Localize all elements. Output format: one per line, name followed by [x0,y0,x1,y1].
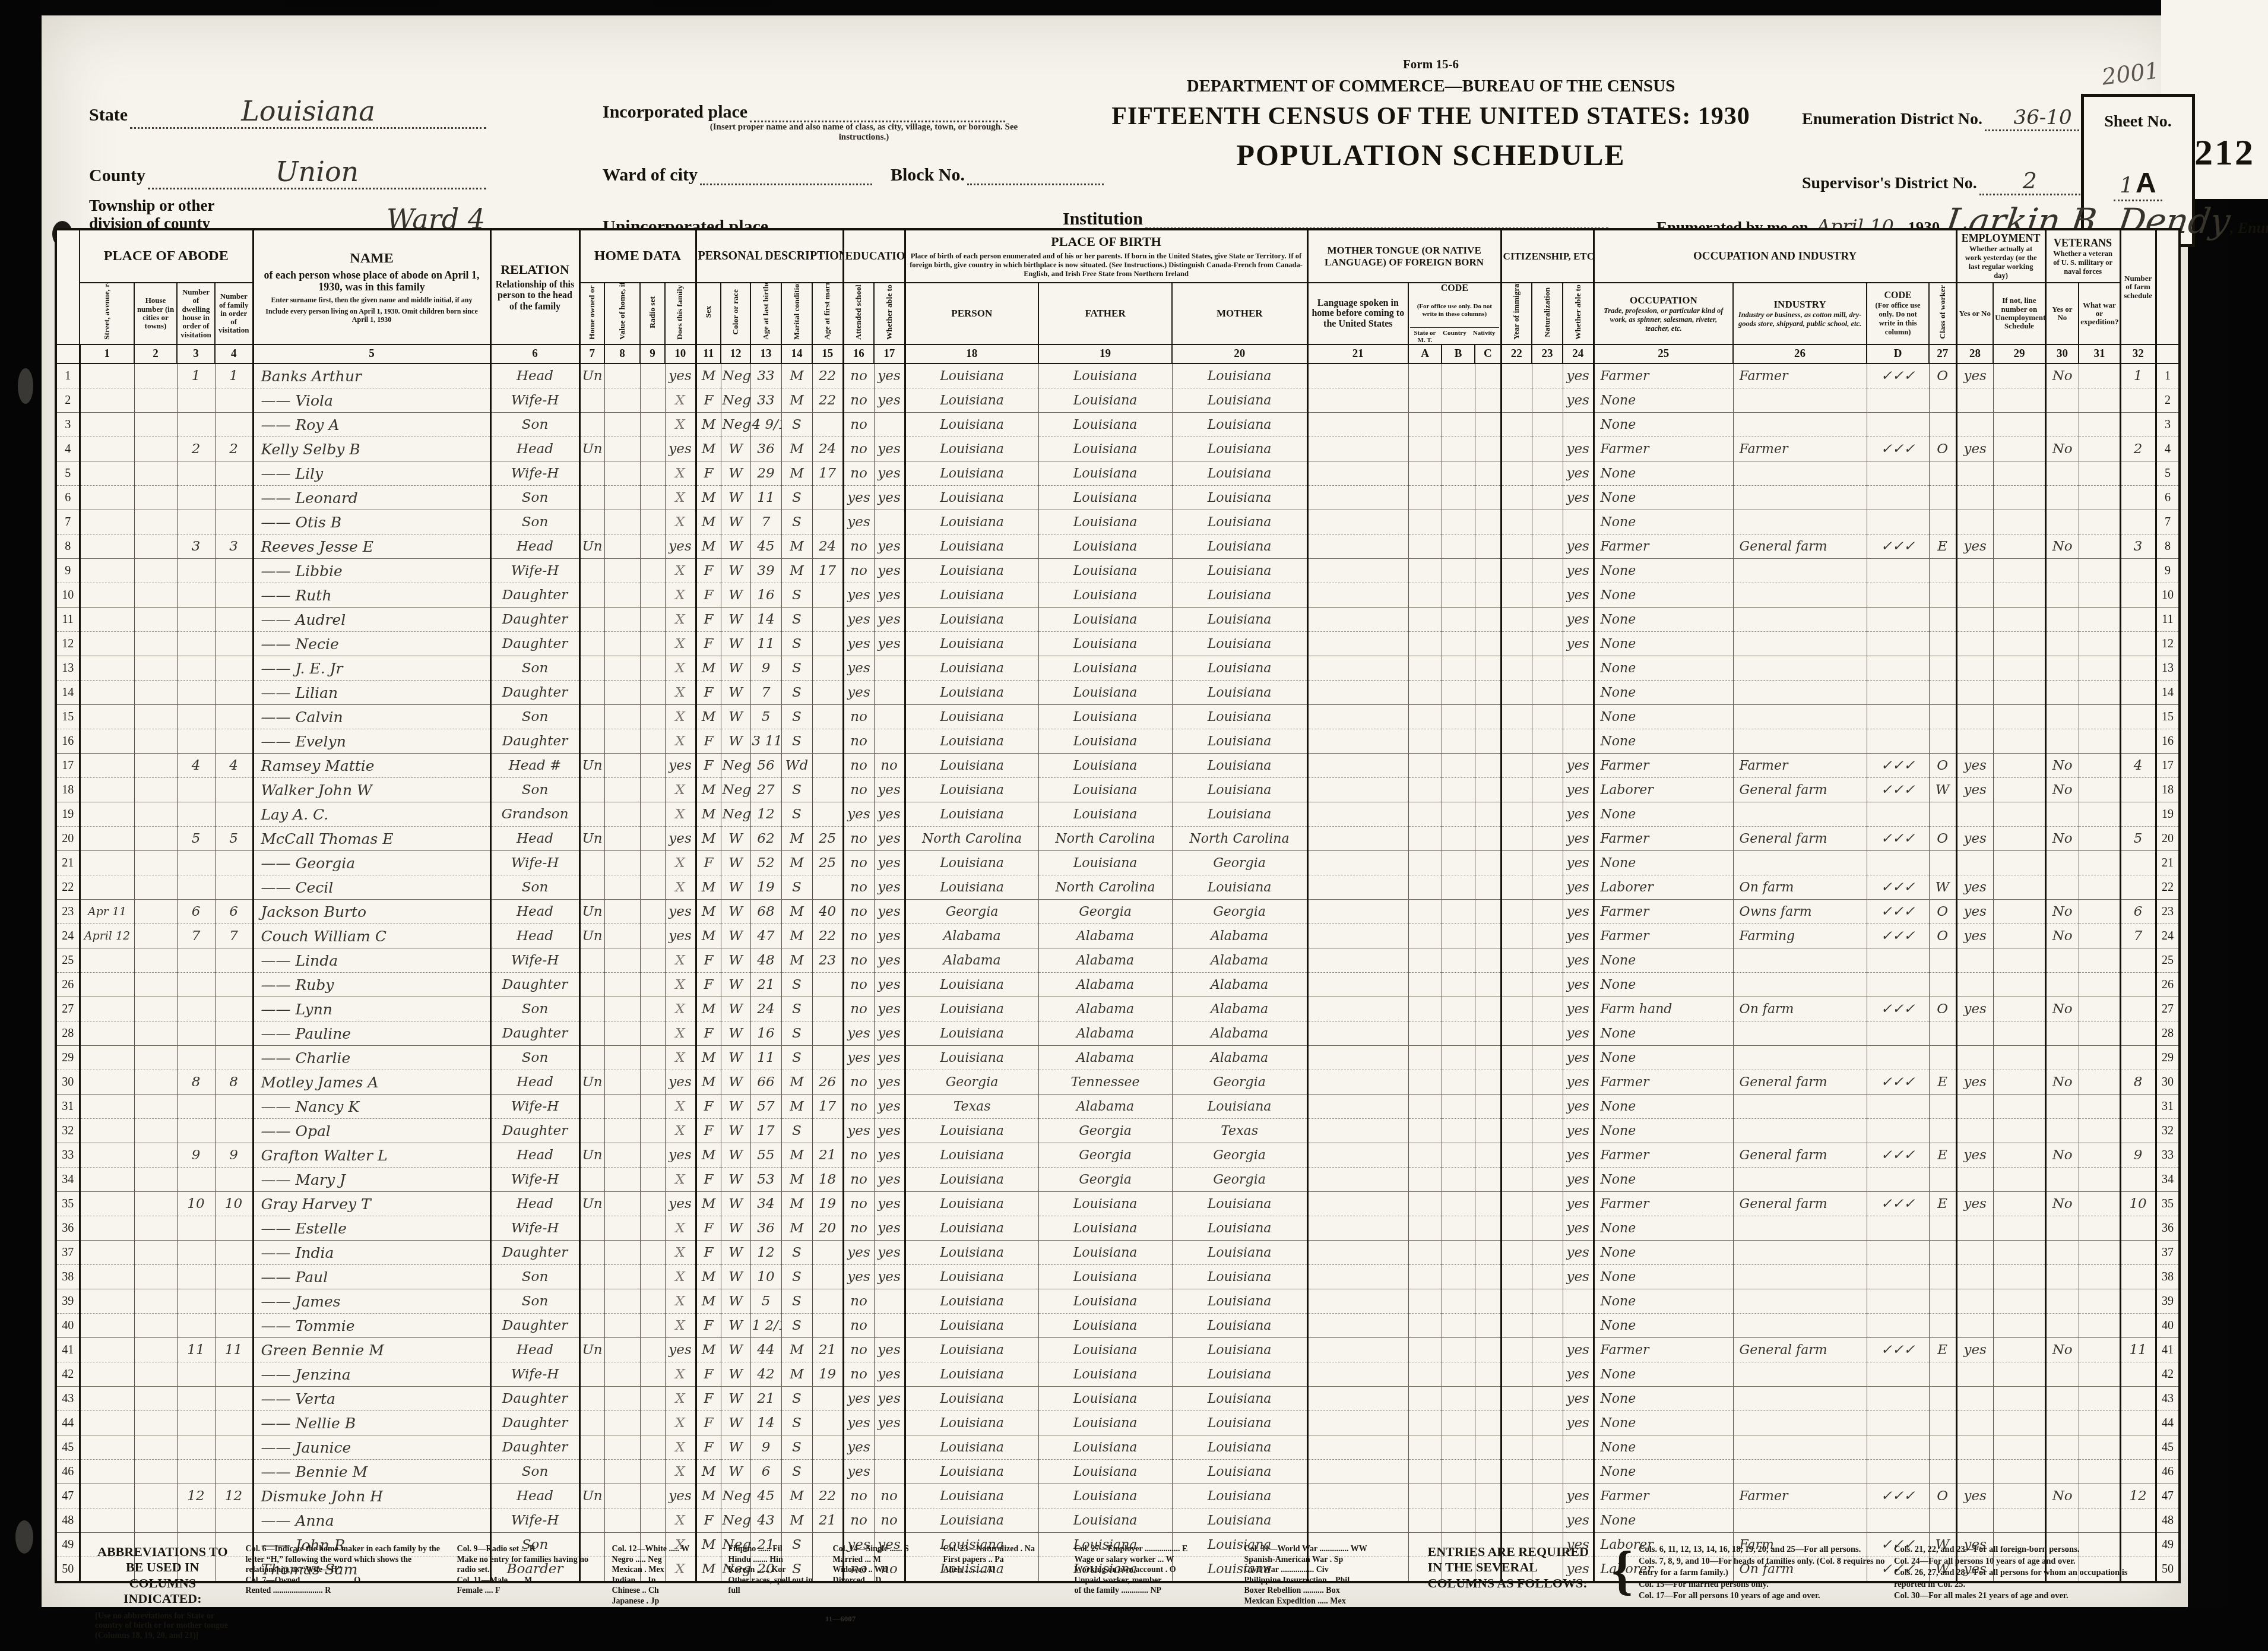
cell-wrk: yes [1956,1070,1993,1095]
cell-fa: 1 [215,363,253,388]
cell-cc [1475,924,1501,948]
cell-ca [1408,1508,1442,1533]
table-row: 28—— PaulineDaughterXFW16SyesyesLouisian… [56,1021,2180,1046]
cell-ca [1408,461,1442,486]
abbrev-line: Indian .... In [612,1576,713,1586]
cell-wrk [1956,1241,1993,1265]
cell-cb [1442,363,1475,388]
cell-cls [1929,1265,1956,1289]
cell-lang [1307,1387,1408,1411]
cell-yim [1501,461,1532,486]
cell-vet [2045,1241,2079,1265]
cell-occ: None [1594,1241,1733,1265]
cell-rad [640,754,665,778]
line-col-header [56,229,80,344]
cell-occ: None [1594,486,1733,510]
cell-farm: X [665,1460,696,1484]
cell-sch: no [843,1168,874,1192]
cell-ca [1408,802,1442,827]
cell-fs [2120,851,2156,875]
cell-ln: 36 [56,1216,80,1241]
cell-agm: 21 [812,1338,843,1362]
col-race-label: Color or race [731,289,740,335]
cell-nat [1532,1241,1563,1265]
cell-cc [1475,1241,1501,1265]
abbrev-line: Married ... M [833,1555,928,1565]
cell-race: W [721,510,750,534]
cell-mar: S [781,1289,812,1314]
cell-sch: yes [843,1387,874,1411]
cell-cc [1475,1143,1501,1168]
cell-val [604,559,640,583]
institution-label: Institution [1063,209,1143,229]
cell-rad [640,948,665,973]
cell-sch: no [843,924,874,948]
cell-cb [1442,510,1475,534]
cell-name: —— Cecil [253,875,490,900]
cell-ue [1993,1119,2045,1143]
cell-fs [2120,608,2156,632]
cell-name: —— Pauline [253,1021,490,1046]
col-school-label: Attended school or college any time sinc… [854,285,863,340]
cell-rw [874,656,905,681]
column-number: 9 [640,344,665,363]
cell-cls: E [1929,1338,1956,1362]
cell-ln: 25 [56,948,80,973]
cell-eng: yes [1563,1070,1594,1095]
cell-cc [1475,1168,1501,1192]
cell-home [579,1095,604,1119]
cell-val [604,1460,640,1484]
cell-rw: yes [874,461,905,486]
cell-dw [177,1021,215,1046]
col-race: Color or race [721,283,750,344]
abbrev-block: Col. 9—Radio set ... RMake no entry for … [457,1544,597,1606]
cell-cls [1929,413,1956,437]
cell-lnr: 4 [2156,437,2180,461]
cell-bp: Louisiana [905,608,1038,632]
cell-val [604,729,640,754]
cell-war [2079,973,2120,997]
cell-ca [1408,583,1442,608]
cell-dw [177,948,215,973]
cell-sex: M [696,1460,721,1484]
cell-rel: Head [490,1070,579,1095]
veterans-desc: Whether a veteran of U. S. military or n… [2050,249,2116,276]
block-line [967,173,1104,185]
cell-dw [177,875,215,900]
abbrev-note: [Use no abbreviations for State or count… [95,1612,230,1641]
cell-sex: F [696,1241,721,1265]
cell-race: W [721,437,750,461]
cell-mar: M [781,1095,812,1119]
cell-agm: 17 [812,1095,843,1119]
sheet-letter: A [2136,167,2156,199]
cell-val [604,510,640,534]
county-label: County [89,166,145,185]
cell-ue [1993,363,2045,388]
cell-sch: yes [843,632,874,656]
cell-val [604,973,640,997]
abbrev-block: Col. 12—White ..... WNegro ..... NegMexi… [612,1544,713,1606]
cell-st [80,1192,134,1216]
cell-rad [640,973,665,997]
cell-fs [2120,1119,2156,1143]
cell-rad [640,778,665,802]
cell-cb [1442,1095,1475,1119]
cell-rw: yes [874,1070,905,1095]
cell-farm: X [665,1021,696,1046]
cell-mar: S [781,729,812,754]
cell-st [80,997,134,1021]
cell-bf: Louisiana [1038,851,1172,875]
cell-ind: Farming [1733,924,1867,948]
cell-vet [2045,1362,2079,1387]
cell-cls [1929,1119,1956,1143]
cell-ind [1733,1265,1867,1289]
cell-bm: Alabama [1172,973,1307,997]
cell-code [1867,1314,1929,1338]
cell-race: Neg [721,802,750,827]
cell-lang [1307,1265,1408,1289]
cell-age: 19 [750,875,781,900]
cell-age: 29 [750,461,781,486]
cell-st [80,1362,134,1387]
cell-val [604,656,640,681]
cell-fa [215,656,253,681]
col-street: Street, avenue, road, etc. [80,283,134,344]
cell-vet: No [2045,1143,2079,1168]
col-birth-father: FATHER [1038,283,1172,344]
cell-wrk [1956,948,1993,973]
cell-sex: M [696,1143,721,1168]
cell-cls: E [1929,1192,1956,1216]
cell-agm: 21 [812,1508,843,1533]
cell-bf: Louisiana [1038,1484,1172,1508]
cell-sex: M [696,705,721,729]
cell-age: 6 [750,1460,781,1484]
cell-rw: yes [874,778,905,802]
cell-cls: E [1929,1143,1956,1168]
cell-yim [1501,1508,1532,1533]
cell-lang [1307,1314,1408,1338]
cell-eng: yes [1563,1508,1594,1533]
cell-name: —— Ruth [253,583,490,608]
cell-bf: Alabama [1038,1046,1172,1070]
cell-eng [1563,1314,1594,1338]
cell-hn [134,437,177,461]
cell-cc [1475,413,1501,437]
state-field: State Louisiana [89,95,486,129]
cell-ca [1408,363,1442,388]
cell-name: —— Lynn [253,997,490,1021]
cell-vet [2045,1265,2079,1289]
cell-farm: X [665,583,696,608]
cell-sex: F [696,583,721,608]
table-row: 15—— CalvinSonXMW5SnoLouisianaLouisianaL… [56,705,2180,729]
cell-lang [1307,1289,1408,1314]
cell-sch: yes [843,1435,874,1460]
cell-bp: Louisiana [905,973,1038,997]
col-immigration-year: Year of immigration to the United States [1501,283,1532,344]
cell-name: —— Linda [253,948,490,973]
cell-fs [2120,1168,2156,1192]
cell-agm [812,681,843,705]
cell-eng: yes [1563,608,1594,632]
cell-lang [1307,1241,1408,1265]
cell-sch: no [843,900,874,924]
cell-st [80,1338,134,1362]
cell-nat [1532,900,1563,924]
cell-ca [1408,656,1442,681]
cell-war [2079,608,2120,632]
table-row: 42—— JenzinaWife-HXFW42M19noyesLouisiana… [56,1362,2180,1387]
cell-rel: Daughter [490,1387,579,1411]
abbrev-blocks: Col. 6—Indicate the home-maker in each f… [246,1544,1402,1606]
cell-cc [1475,973,1501,997]
cell-sex: F [696,973,721,997]
cell-lang [1307,608,1408,632]
cell-ca [1408,388,1442,413]
cell-war [2079,1070,2120,1095]
cell-war [2079,656,2120,681]
cell-farm: yes [665,1338,696,1362]
cell-lnr: 22 [2156,875,2180,900]
cell-hn [134,681,177,705]
cell-race: W [721,924,750,948]
abbrev-line: Working on own account . O [1075,1565,1229,1576]
cell-hn [134,413,177,437]
cell-rad [640,1411,665,1435]
cell-agm: 25 [812,827,843,851]
cell-dw [177,1095,215,1119]
cell-dw [177,802,215,827]
cell-yim [1501,1338,1532,1362]
ward-line [700,173,872,185]
cell-vet: No [2045,1070,2079,1095]
cell-lang [1307,510,1408,534]
cell-st [80,1046,134,1070]
cell-ue [1993,1241,2045,1265]
table-row: 10—— RuthDaughterXFW16SyesyesLouisianaLo… [56,583,2180,608]
cell-bp: Louisiana [905,632,1038,656]
cell-st [80,1484,134,1508]
relation-title: RELATION [495,262,575,277]
cell-st [80,729,134,754]
cell-bm: Louisiana [1172,1095,1307,1119]
cell-name: —— Necie [253,632,490,656]
cell-wrk [1956,1362,1993,1387]
cell-cc [1475,363,1501,388]
cell-ln: 3 [56,413,80,437]
cell-cc [1475,948,1501,973]
cell-occ: Farmer [1594,437,1733,461]
cell-sex: F [696,1387,721,1411]
cell-val [604,413,640,437]
cell-sch: yes [843,608,874,632]
cell-lnr: 35 [2156,1192,2180,1216]
print-code: 11—6007 [825,1614,856,1624]
cell-ind [1733,1460,1867,1484]
col-birth-person: PERSON [905,283,1038,344]
cell-rad [640,875,665,900]
cell-mar: M [781,827,812,851]
cell-eng: yes [1563,559,1594,583]
cell-bf: Louisiana [1038,461,1172,486]
cell-st [80,1289,134,1314]
cell-bf: Louisiana [1038,802,1172,827]
cell-nat [1532,973,1563,997]
cell-name: —— Opal [253,1119,490,1143]
cell-hn [134,1314,177,1338]
cell-ue [1993,827,2045,851]
cell-home: Un [579,1484,604,1508]
cell-bm: Louisiana [1172,413,1307,437]
cell-fs: 7 [2120,924,2156,948]
cell-cls: E [1929,1070,1956,1095]
cell-val [604,1241,640,1265]
cell-dw [177,1046,215,1070]
cell-yim [1501,1070,1532,1095]
cell-ln: 32 [56,1119,80,1143]
cell-val [604,461,640,486]
cell-mar: M [781,1338,812,1362]
cell-rel: Head # [490,754,579,778]
cell-cc [1475,1362,1501,1387]
sheet-number: 1 [2120,173,2133,198]
cell-eng: yes [1563,363,1594,388]
cell-ln: 15 [56,705,80,729]
cell-home [579,875,604,900]
table-row: 46—— Bennie MSonXMW6SyesLouisianaLouisia… [56,1460,2180,1484]
cell-cb [1442,583,1475,608]
table-row: 32—— OpalDaughterXFW17SyesyesLouisianaGe… [56,1119,2180,1143]
cell-st [80,1508,134,1533]
binder-hole [15,1520,33,1554]
cell-lnr: 16 [2156,729,2180,754]
cell-val [604,1484,640,1508]
column-number: 14 [781,344,812,363]
cell-lang [1307,437,1408,461]
cell-eng: yes [1563,851,1594,875]
cell-rel: Daughter [490,608,579,632]
cell-agm: 21 [812,1143,843,1168]
cell-name: —— Georgia [253,851,490,875]
cell-war [2079,900,2120,924]
cell-lnr: 17 [2156,754,2180,778]
cell-race: W [721,1362,750,1387]
cell-vet [2045,656,2079,681]
cell-bf: Louisiana [1038,632,1172,656]
abbrev-line: Alien .......... Al [943,1565,1059,1576]
cell-cb [1442,681,1475,705]
cell-vet [2045,486,2079,510]
abbrev-line: Negro ..... Neg [612,1555,713,1565]
cell-ln: 14 [56,681,80,705]
cell-ind [1733,632,1867,656]
col-farm-schedule: Number of farm schedule [2120,229,2156,344]
cell-mar: S [781,802,812,827]
cell-fa [215,1021,253,1046]
cell-wrk [1956,608,1993,632]
cell-ln: 48 [56,1508,80,1533]
abbrev-line: of the family ............. NP [1075,1586,1229,1596]
cell-lnr: 33 [2156,1143,2180,1168]
cell-bm: Louisiana [1172,1435,1307,1460]
cell-ue [1993,656,2045,681]
cell-ca [1408,900,1442,924]
cell-home [579,1265,604,1289]
cell-ca [1408,1265,1442,1289]
cell-bm: Georgia [1172,851,1307,875]
cell-occ: Farmer [1594,1143,1733,1168]
cell-war [2079,754,2120,778]
entries-line: Col. 17—For all persons 10 years of age … [1639,1590,1888,1602]
cell-dw [177,1241,215,1265]
cell-agm [812,1265,843,1289]
cell-mar: S [781,1411,812,1435]
entries-brace: { [1612,1544,1633,1602]
cell-home [579,1216,604,1241]
cell-hn [134,754,177,778]
cell-ind [1733,1411,1867,1435]
cell-lnr: 48 [2156,1508,2180,1533]
cell-rw: yes [874,583,905,608]
cell-sch: yes [843,1021,874,1046]
cell-lnr: 5 [2156,461,2180,486]
col-sex: Sex [696,283,721,344]
cell-lnr: 8 [2156,534,2180,559]
cell-rad [640,632,665,656]
cell-sch: yes [843,1460,874,1484]
cell-yim [1501,1411,1532,1435]
cell-mar: S [781,1460,812,1484]
cell-nat [1532,559,1563,583]
cell-vet [2045,1216,2079,1241]
cell-cls [1929,681,1956,705]
cell-agm [812,875,843,900]
cell-ca [1408,827,1442,851]
cell-fs [2120,1387,2156,1411]
cell-cb [1442,534,1475,559]
cell-lnr: 26 [2156,973,2180,997]
cell-fa: 4 [215,754,253,778]
abbrev-line: Boxer Rebellion .......... Box [1244,1586,1402,1596]
abbrev-line: Hindu ....... Hin [728,1555,818,1565]
cell-name: —— James [253,1289,490,1314]
cell-ln: 30 [56,1070,80,1095]
cell-hn [134,924,177,948]
cell-cb [1442,1411,1475,1435]
cell-occ: None [1594,1289,1733,1314]
cell-cls: O [1929,1484,1956,1508]
cell-occ: Farm hand [1594,997,1733,1021]
cell-nat [1532,1435,1563,1460]
cell-hn [134,973,177,997]
cell-ue [1993,1289,2045,1314]
cell-cb [1442,948,1475,973]
cell-val [604,681,640,705]
cell-code: ✓✓✓ [1867,924,1929,948]
cell-st [80,1314,134,1338]
cell-lnr: 49 [2156,1533,2180,1557]
cell-ue [1993,583,2045,608]
cell-rel: Wife-H [490,1168,579,1192]
cell-home [579,1460,604,1484]
cell-mar: S [781,1387,812,1411]
table-row: 1744Ramsey MattieHead #UnyesFNeg56Wdnono… [56,754,2180,778]
cell-cc [1475,827,1501,851]
